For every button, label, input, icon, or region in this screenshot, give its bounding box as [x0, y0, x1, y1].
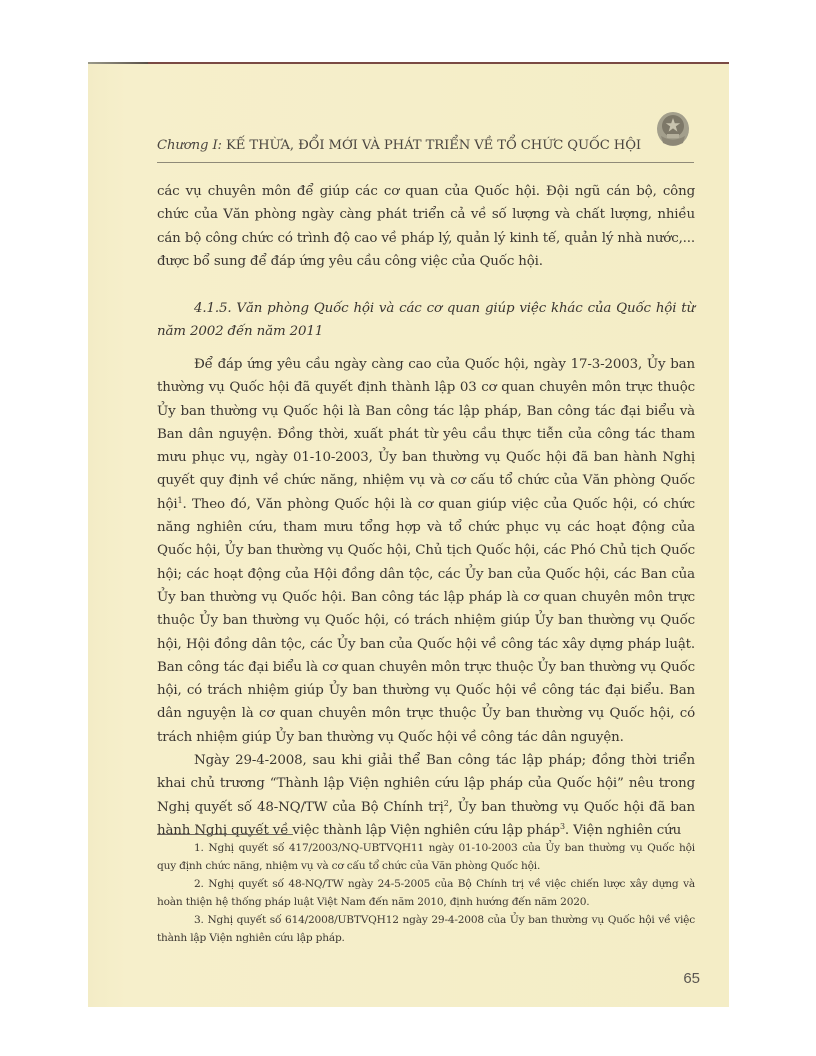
body-paragraph: Ngày 29-4-2008, sau khi giải thể Ban côn… — [157, 749, 695, 842]
paragraph-text: . Viện nghiên cứu — [565, 823, 681, 838]
footnote-item: 1. Nghị quyết số 417/2003/NQ-UBTVQH11 ng… — [157, 840, 695, 875]
paragraph-text: các vụ chuyên môn để giúp các cơ quan củ… — [157, 180, 695, 273]
footnotes: 1. Nghị quyết số 417/2003/NQ-UBTVQH11 ng… — [157, 840, 695, 948]
footnote-item: 3. Nghị quyết số 614/2008/UBTVQH12 ngày … — [157, 912, 695, 947]
paragraph-text: . Theo đó, Văn phòng Quốc hội là cơ quan… — [157, 497, 695, 745]
page-number: 65 — [678, 970, 700, 987]
running-head: Chương I: KẾ THỪA, ĐỔI MỚI VÀ PHÁT TRIỂN… — [157, 138, 694, 163]
body-paragraph: các vụ chuyên môn để giúp các cơ quan củ… — [157, 180, 695, 273]
national-emblem-icon — [655, 110, 691, 150]
section-heading: 4.1.5. Văn phòng Quốc hội và các cơ quan… — [157, 297, 695, 344]
chapter-title: KẾ THỪA, ĐỔI MỚI VÀ PHÁT TRIỂN VỀ TỔ CHỨ… — [226, 138, 641, 153]
body-paragraph: Để đáp ứng yêu cầu ngày càng cao của Quố… — [157, 353, 695, 749]
footnote-item: 2. Nghị quyết số 48-NQ/TW ngày 24-5-2005… — [157, 876, 695, 911]
book-page: Chương I: KẾ THỪA, ĐỔI MỚI VÀ PHÁT TRIỂN… — [88, 62, 729, 1007]
chapter-label: Chương I: — [157, 138, 222, 153]
paragraph-text: Để đáp ứng yêu cầu ngày càng cao của Quố… — [157, 357, 695, 512]
body-section: Để đáp ứng yêu cầu ngày càng cao của Quố… — [157, 353, 695, 842]
footnote-divider — [157, 834, 293, 835]
